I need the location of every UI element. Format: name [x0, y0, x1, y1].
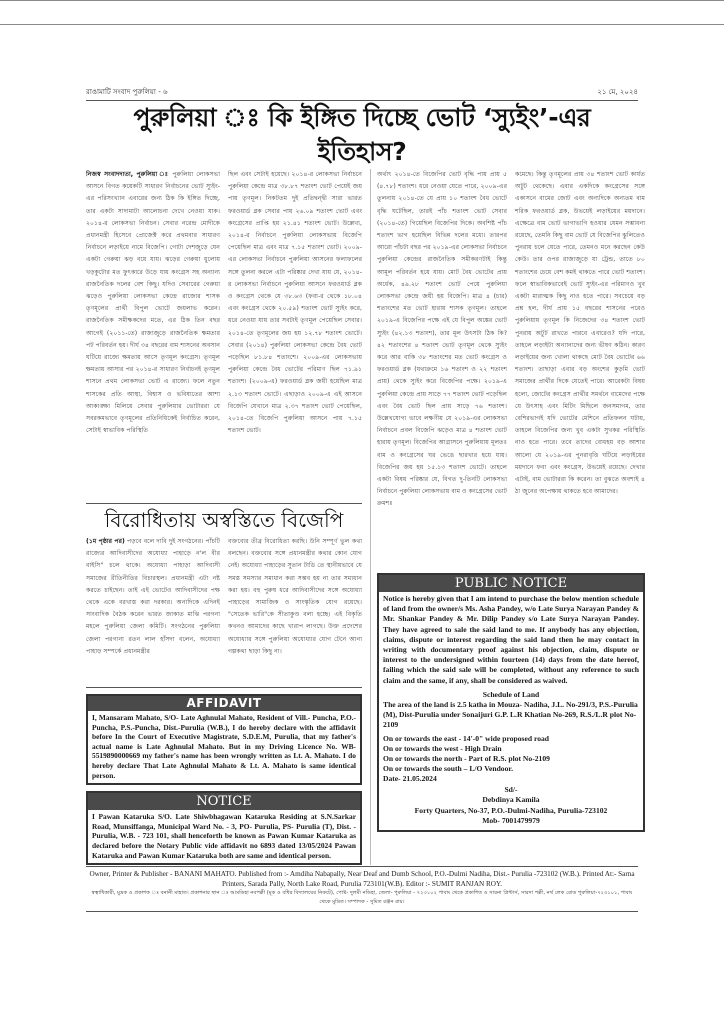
article-column: ছিল এবং সেটাই হয়েছে। ২০১৪-র লোকসভা নির্… [228, 169, 362, 499]
notice-date: Date- 21.05.2024 [383, 774, 639, 784]
article-column: অর্থাৎ ২০১৪-তে বিজেপির ভোট বৃদ্ধি পায় প… [377, 169, 507, 571]
signature-block: Sd/- Debdinya Kamila Forty Quarters, No-… [383, 785, 639, 827]
running-head: রাঙামাটি সংবাদ পুরুলিয়া - ৬ ২১ মে, ২০২৪ [86, 86, 638, 101]
signatory-address: Forty Quarters, No-37, P.O.-Dulmi-Nadiha… [383, 806, 639, 817]
schedule-text: The area of the land is 2.5 katha in Mou… [383, 700, 639, 731]
top-rule [0, 0, 724, 1]
article-column: (১ম পৃষ্ঠার পর) পড়বে বলে দাবি দুই সংগঠন… [86, 536, 220, 684]
column-text: পড়বে বলে দাবি দুই সংগঠনের। পাঁচটি রাজ্য… [86, 538, 220, 655]
imprint-bengali: স্বত্বাধিকারী, মুদ্রক ও প্রকাশক ঃ বনানী … [86, 889, 638, 907]
divider [86, 687, 362, 688]
top-rule [0, 24, 724, 25]
schedule-title: Schedule of Land [383, 690, 639, 700]
signatory-name: Debdinya Kamila [383, 795, 639, 806]
paper-name: রাঙামাটি সংবাদ পুরুলিয়া - ৬ [86, 86, 168, 98]
boundary-north: On or towards the north - Part of R.S. p… [383, 754, 639, 764]
right-block: অর্থাৎ ২০১৪-তে বিজেপির ভোট বৃদ্ধি পায় প… [370, 169, 645, 865]
public-notice-box: PUBLIC NOTICE Notice is hereby given tha… [377, 573, 645, 832]
affidavit-title: AFFIDAVIT [88, 696, 360, 711]
issue-date: ২১ মে, ২০২৪ [597, 86, 638, 98]
second-article-headline: বিরোধিতায় অস্বস্তিতে বিজেপি [86, 503, 362, 536]
left-block: নিজস্ব সংবাদদাতা, পুরুলিয়া ঃ পুরুলিয়া … [86, 169, 362, 865]
public-notice-body: Notice is hereby given that I am intend … [383, 594, 639, 686]
notice-body: I Pawan Kataruka S/O. Late Shiwbhagawan … [88, 810, 360, 863]
boundaries-list: On or towards the east - 14'-0" wide pro… [383, 734, 639, 785]
second-article: (১ম পৃষ্ঠার পর) পড়বে বলে দাবি দুই সংগঠন… [86, 536, 362, 684]
public-notice-content: Notice is hereby given that I am intend … [379, 592, 643, 830]
boundary-south: On or towards the south – L/O Vendoor. [383, 764, 639, 774]
main-article-left-columns: নিজস্ব সংবাদদাতা, পুরুলিয়া ঃ পুরুলিয়া … [86, 169, 362, 499]
continuation-label: (১ম পৃষ্ঠার পর) [86, 538, 125, 545]
boundary-west: On or towards the west - High Drain [383, 744, 639, 754]
affidavit-box: AFFIDAVIT I, Mansaram Mahato, S/O- Late … [86, 694, 362, 785]
newspaper-page: রাঙামাটি সংবাদ পুরুলিয়া - ৬ ২১ মে, ২০২৪… [86, 86, 638, 865]
main-article-right-columns: অর্থাৎ ২০১৪-তে বিজেপির ভোট বৃদ্ধি পায় প… [377, 169, 645, 571]
signatory-mobile: Mob- 7001479979 [383, 816, 639, 827]
notice-box: NOTICE I Pawan Kataruka S/O. Late Shiwbh… [86, 791, 362, 865]
byline: নিজস্ব সংবাদদাতা, পুরুলিয়া ঃ [86, 171, 169, 178]
boundary-east: On or towards the east - 14'-0" wide pro… [383, 734, 639, 744]
main-headline: পুরুলিয়া ঃ কি ইঙ্গিত দিচ্ছে ভোট ‘স্যুইং… [86, 101, 638, 169]
signature-sd: Sd/- [383, 785, 639, 796]
column-text: পুরুলিয়া লোকসভা আসনে বিগত কয়েকটি সাধার… [86, 171, 220, 434]
main-article: নিজস্ব সংবাদদাতা, পুরুলিয়া ঃ পুরুলিয়া … [86, 169, 638, 865]
notice-title: NOTICE [88, 793, 360, 810]
public-notice-title: PUBLIC NOTICE [379, 575, 643, 592]
affidavit-body: I, Mansaram Mahato, S/O- Late Aghnulal M… [88, 711, 360, 783]
article-column: কমেছে। কিন্তু তৃণমূলের প্রায় ৩৪ শতাংশ ভ… [515, 169, 645, 571]
imprint-english: Owner, Printer & Publisher - BANANI MAHA… [86, 870, 638, 889]
article-column: বক্তব্যের তীব্র বিরোধিতা করছি। উনি সম্পূ… [228, 536, 362, 684]
article-column: নিজস্ব সংবাদদাতা, পুরুলিয়া ঃ পুরুলিয়া … [86, 169, 220, 499]
imprint-footer: Owner, Printer & Publisher - BANANI MAHA… [86, 866, 638, 912]
